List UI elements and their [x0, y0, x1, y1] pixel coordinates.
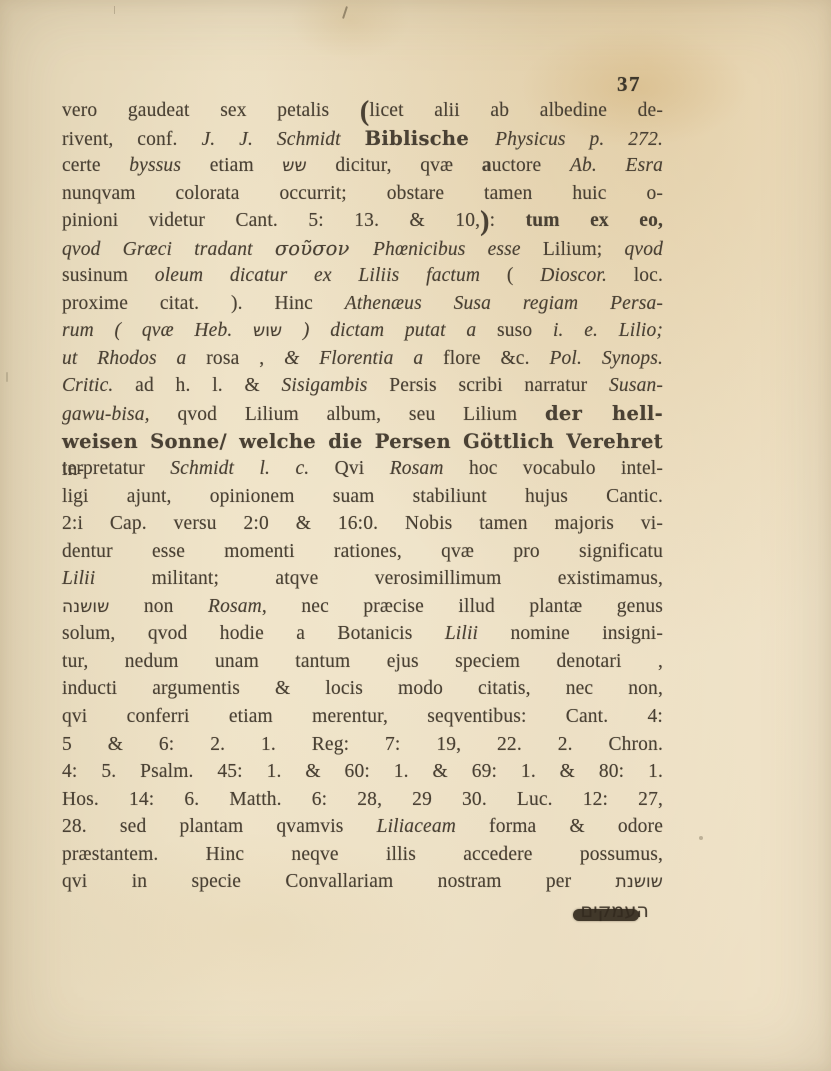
text-segment: pinioni videtur Cant. 5: 13. & 10,	[62, 210, 480, 231]
text-segment: certe	[62, 155, 129, 176]
ink-smudge	[573, 909, 639, 921]
text-segment: Physicus p. 272.	[495, 129, 663, 150]
hebrew-word: שושנת	[616, 872, 663, 892]
text-segment: Ab. Esra	[570, 155, 663, 176]
page-speck	[114, 6, 115, 14]
text-segment: Phœnicibus esse	[373, 239, 543, 260]
text-segment: rum ( qvæ Heb.	[62, 320, 253, 341]
text-line: pinioni videtur Cant. 5: 13. & 10,): tum…	[62, 207, 663, 235]
text-segment: solum, qvod hodie a Botanicis	[62, 623, 445, 644]
text-line: 4: 5. Psalm. 45: 1. & 60: 1. & 69: 1. & …	[62, 758, 663, 786]
text-segment: Athenæus Susa regiam Persa-	[345, 293, 663, 314]
text-segment: 4: 5. Psalm. 45: 1. & 60: 1. & 69: 1. & …	[62, 761, 663, 782]
text-segment: Sisigambis	[282, 375, 390, 396]
text-segment: ) dictam putat a	[282, 320, 497, 341]
text-segment: qvod	[625, 239, 664, 260]
text-segment: Pol. Synops.	[549, 348, 663, 369]
text-segment: :	[490, 210, 526, 231]
text-segment: 2:i Cap. versu 2:0 & 16:0. Nobis tamen m…	[62, 513, 663, 534]
text-segment: qvi in specie Convallariam nostram per	[62, 871, 616, 892]
text-segment: Hos. 14: 6. Matth. 6: 28, 29 30. Luc. 12…	[62, 789, 663, 810]
text-segment: militant; atqve verosimillimum existimam…	[152, 568, 663, 589]
text-segment: & Florentia a	[284, 348, 443, 369]
text-segment: flore &c.	[443, 348, 549, 369]
text-line: שושנה non Rosam, nec præcise illud plant…	[62, 593, 663, 621]
text-segment: Lilii	[62, 568, 152, 589]
text-line: 5 & 6: 2. 1. Reg: 7: 19, 22. 2. Chron.	[62, 731, 663, 759]
text-segment: Susan-	[609, 375, 663, 396]
text-segment: uctore	[492, 155, 570, 176]
page-text: vero gaudeat sex petalis (licet alii ab …	[62, 97, 663, 930]
text-segment: gawu-bisa,	[62, 404, 177, 425]
text-segment: etiam	[210, 155, 283, 176]
paper-stain	[290, 0, 410, 60]
text-segment: dentur esse momenti rationes, qvæ pro si…	[62, 541, 663, 562]
text-segment: suso	[497, 320, 553, 341]
text-segment: 28. sed plantam qvamvis	[62, 816, 377, 837]
text-line: 2:i Cap. versu 2:0 & 16:0. Nobis tamen m…	[62, 510, 663, 538]
text-line: weisen Sonne/ welche die Persen Göttlich…	[62, 428, 663, 456]
text-segment: weisen Sonne/ welche die Persen Göttlich…	[62, 430, 663, 453]
text-segment: Rosam	[208, 596, 262, 617]
text-segment: Dioscor.	[540, 265, 607, 286]
text-line: nunqvam colorata occurrit; obstare tamen…	[62, 180, 663, 208]
footer-line: העמקים	[62, 896, 663, 930]
text-segment: rosa ,	[206, 348, 284, 369]
text-line: ligi ajunt, opinionem suam stabiliunt hu…	[62, 483, 663, 511]
text-segment: Liliaceam	[377, 816, 489, 837]
text-line: Hos. 14: 6. Matth. 6: 28, 29 30. Luc. 12…	[62, 786, 663, 814]
text-segment: ut Rhodos a	[62, 348, 206, 369]
text-segment: Critic.	[62, 375, 135, 396]
text-segment: Rosam	[390, 458, 469, 479]
text-line: rum ( qvæ Heb. שוש ) dictam putat a suso…	[62, 317, 663, 345]
text-segment: , nec præcise illud plantæ genus	[262, 596, 663, 617]
text-line: tur, nedum unam tantum ejus speciem deno…	[62, 648, 663, 676]
book-page: { "page": { "number": "37" }, "colors": …	[0, 0, 831, 1071]
text-line: qvi conferri etiam merentur, seqventibus…	[62, 703, 663, 731]
text-segment: Qvi	[335, 458, 390, 479]
text-segment: tur, nedum unam tantum ejus speciem deno…	[62, 651, 663, 672]
text-segment: susinum	[62, 265, 155, 286]
text-segment: byssus	[129, 155, 209, 176]
text-segment: terpretatur	[62, 458, 170, 479]
text-segment: Lilium;	[543, 239, 625, 260]
text-segment: qvi conferri etiam merentur, seqventibus…	[62, 706, 663, 727]
text-line: 28. sed plantam qvamvis Liliaceam forma …	[62, 813, 663, 841]
text-line: certe byssus etiam שש dicitur, qvæ aucto…	[62, 152, 663, 180]
text-segment: Schmidt l. c.	[170, 458, 334, 479]
text-segment: ligi ajunt, opinionem suam stabiliunt hu…	[62, 486, 663, 507]
text-segment: proxime citat. ). Hinc	[62, 293, 345, 314]
text-segment: σοῦσον	[275, 237, 373, 260]
page-speck	[342, 6, 348, 19]
text-line: qvi in specie Convallariam nostram per ש…	[62, 868, 663, 896]
text-segment: )	[480, 206, 489, 237]
text-segment: Lilii	[445, 623, 511, 644]
text-line: terpretatur Schmidt l. c. Qvi Rosam hoc …	[62, 455, 663, 483]
text-segment: inducti argumentis & locis modo citatis,…	[62, 678, 663, 699]
text-line: susinum oleum dicatur ex Liliis factum (…	[62, 262, 663, 290]
text-segment: vero gaudeat sex petalis	[62, 100, 360, 121]
hebrew-word: שוש	[253, 321, 282, 341]
text-segment: licet alii ab albedine de-	[369, 100, 663, 121]
hebrew-word: שש	[282, 156, 306, 176]
text-line: inducti argumentis & locis modo citatis,…	[62, 675, 663, 703]
text-segment: Biblische	[365, 127, 495, 150]
text-segment: loc.	[607, 265, 663, 286]
text-segment: (	[507, 265, 540, 286]
text-segment: i. e. Lilio;	[553, 320, 663, 341]
page-speck	[699, 836, 703, 840]
text-line: dentur esse momenti rationes, qvæ pro si…	[62, 538, 663, 566]
text-line: Lilii militant; atqve verosimillimum exi…	[62, 565, 663, 593]
text-segment: Persis scribi narratur	[389, 375, 609, 396]
page-number: 37	[617, 72, 641, 97]
text-line: qvod Græci tradant σοῦσον Phœnicibus ess…	[62, 235, 663, 263]
text-line: præstantem. Hinc neqve illis accedere po…	[62, 841, 663, 869]
text-line: vero gaudeat sex petalis (licet alii ab …	[62, 97, 663, 125]
text-segment: qvod Græci tradant	[62, 239, 275, 260]
text-segment: præstantem. Hinc neqve illis accedere po…	[62, 844, 663, 865]
text-segment: qvod Lilium album, seu Lilium	[177, 404, 545, 425]
page-speck	[6, 372, 8, 382]
text-segment: hoc vocabulo intel-	[469, 458, 663, 479]
text-segment: J. J. Schmidt	[201, 129, 364, 150]
text-segment: (	[360, 96, 369, 127]
text-segment: 5 & 6: 2. 1. Reg: 7: 19, 22. 2. Chron.	[62, 734, 663, 755]
text-segment: a	[482, 155, 492, 176]
text-segment: nomine insigni-	[510, 623, 663, 644]
text-segment: der hell-	[545, 402, 663, 425]
text-line: proxime citat. ). Hinc Athenæus Susa reg…	[62, 290, 663, 318]
text-line: ut Rhodos a rosa , & Florentia a flore &…	[62, 345, 663, 373]
text-segment: forma & odore	[489, 816, 663, 837]
text-segment: oleum dicatur ex Liliis factum	[155, 265, 507, 286]
text-line: rivent, conf. J. J. Schmidt Biblische Ph…	[62, 125, 663, 153]
text-segment: nunqvam colorata occurrit; obstare tamen…	[62, 183, 663, 204]
text-segment: tum ex eo,	[526, 210, 663, 231]
text-segment: rivent, conf.	[62, 129, 201, 150]
text-segment: dicitur, qvæ	[307, 155, 482, 176]
text-line: Critic. ad h. l. & Sisigambis Persis scr…	[62, 372, 663, 400]
text-segment: non	[109, 596, 208, 617]
text-line: solum, qvod hodie a Botanicis Lilii nomi…	[62, 620, 663, 648]
text-segment: ad h. l. &	[135, 375, 281, 396]
text-line: gawu-bisa, qvod Lilium album, seu Lilium…	[62, 400, 663, 428]
hebrew-word: שושנה	[62, 597, 109, 617]
